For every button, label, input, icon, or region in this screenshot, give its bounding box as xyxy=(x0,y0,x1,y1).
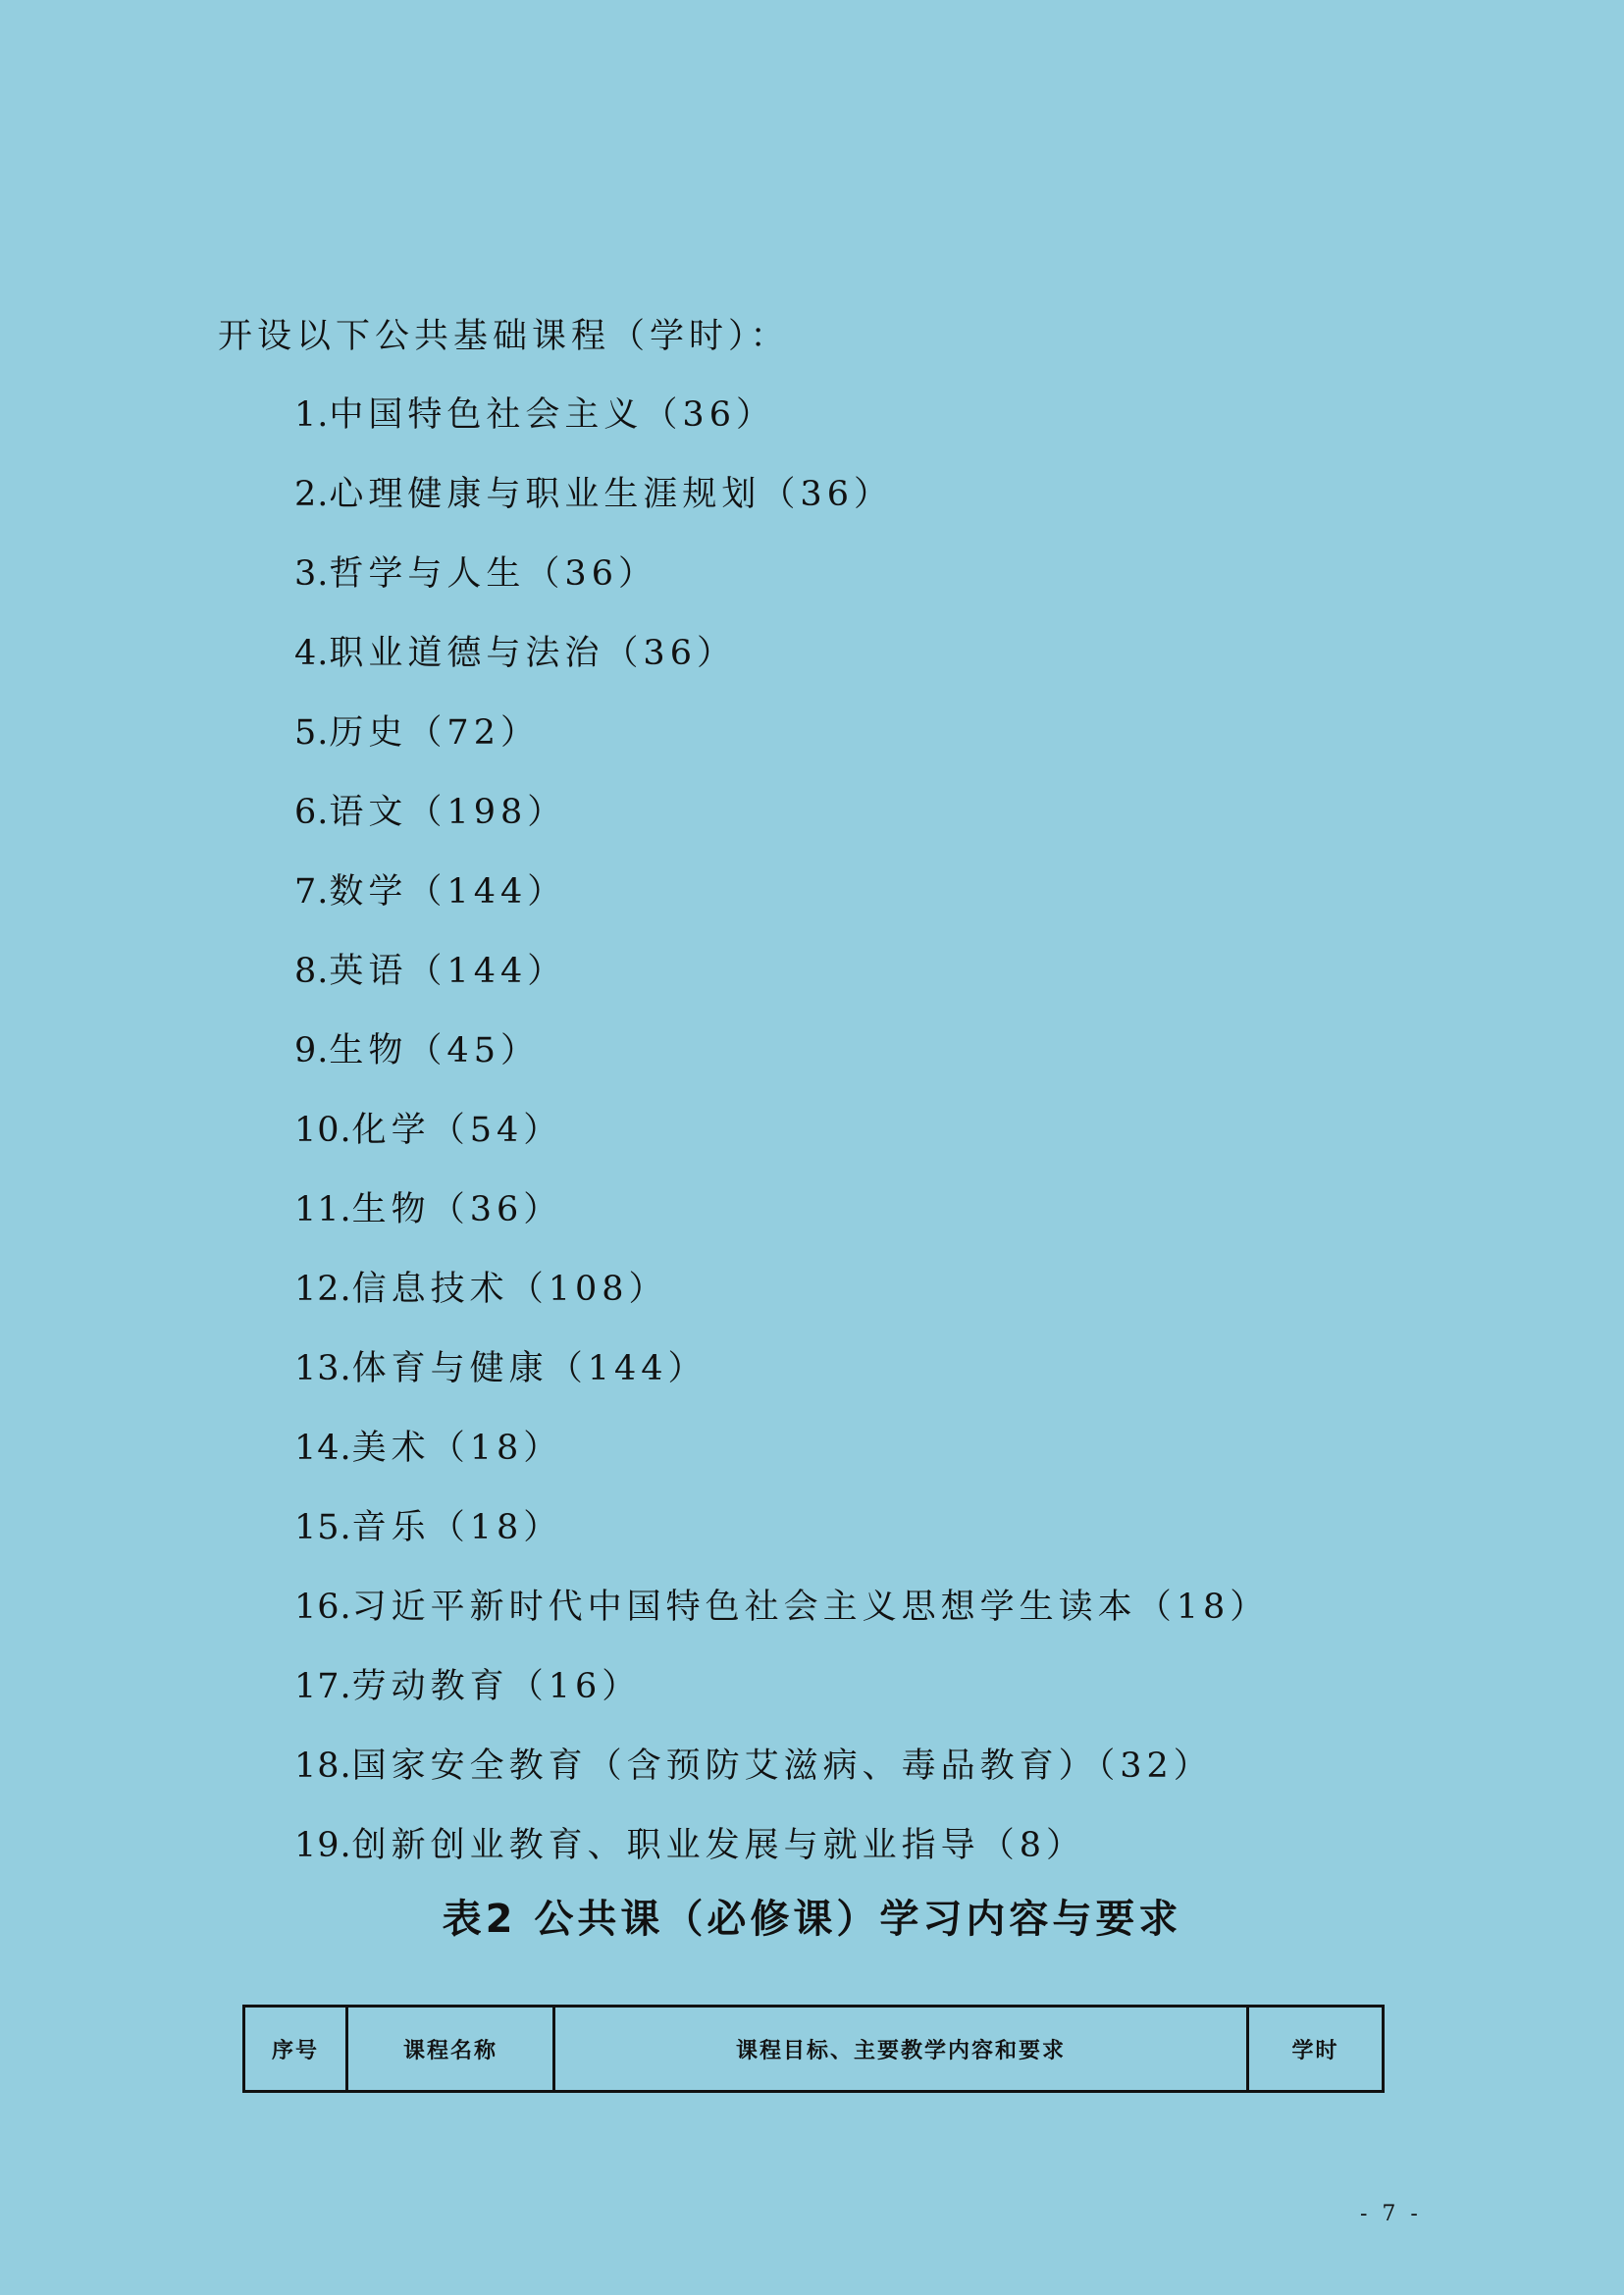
course-number: 13. xyxy=(294,1349,352,1388)
course-item: 3.哲学与人生（36） xyxy=(294,549,1269,629)
course-item: 7.数学（144） xyxy=(294,867,1269,947)
header-course-content: 课程目标、主要教学内容和要求 xyxy=(554,2007,1248,2092)
course-hours: （144） xyxy=(549,1349,707,1388)
course-item: 11.生物（36） xyxy=(294,1185,1269,1265)
course-name: 哲学与人生 xyxy=(329,554,525,594)
course-name: 英语 xyxy=(329,952,407,991)
course-number: 2. xyxy=(294,475,329,514)
course-hours: （198） xyxy=(407,793,566,832)
course-name: 创新创业教育、职业发展与就业指导 xyxy=(352,1826,980,1865)
course-name: 化学 xyxy=(352,1111,431,1150)
course-item: 12.信息技术（108） xyxy=(294,1265,1269,1344)
course-requirements-table: 序号 课程名称 课程目标、主要教学内容和要求 学时 xyxy=(242,2005,1385,2093)
intro-text: 开设以下公共基础课程（学时）： xyxy=(218,312,790,361)
course-item: 5.历史（72） xyxy=(294,708,1269,788)
course-name: 劳动教育 xyxy=(352,1667,509,1706)
course-hours: （54） xyxy=(431,1111,563,1150)
course-item: 18.国家安全教育（含预防艾滋病、毒品教育）（32） xyxy=(294,1742,1269,1821)
table-title-text: 公共课（必修课）学习内容与要求 xyxy=(534,1897,1181,1942)
header-course-name: 课程名称 xyxy=(347,2007,554,2092)
course-item: 13.体育与健康（144） xyxy=(294,1344,1269,1424)
course-number: 17. xyxy=(294,1667,352,1706)
table-title: 表2公共课（必修课）学习内容与要求 xyxy=(0,1892,1624,1947)
course-hours: （45） xyxy=(407,1031,540,1070)
document-page: 开设以下公共基础课程（学时）： 1.中国特色社会主义（36） 2.心理健康与职业… xyxy=(0,0,1624,2295)
course-number: 7. xyxy=(294,872,329,912)
course-name: 美术 xyxy=(352,1429,431,1468)
course-name: 信息技术 xyxy=(352,1270,509,1309)
course-hours: （36） xyxy=(643,395,775,435)
course-hours: （36） xyxy=(603,634,736,673)
course-number: 5. xyxy=(294,713,329,753)
course-item: 17.劳动教育（16） xyxy=(294,1662,1269,1742)
course-item: 1.中国特色社会主义（36） xyxy=(294,391,1269,470)
course-number: 10. xyxy=(294,1111,352,1150)
course-hours: （32） xyxy=(1098,1747,1213,1786)
course-item: 4.职业道德与法治（36） xyxy=(294,629,1269,708)
table-title-label: 表2 xyxy=(443,1897,517,1942)
course-hours: （144） xyxy=(407,872,566,912)
course-name: 音乐 xyxy=(352,1508,431,1547)
course-name: 心理健康与职业生涯规划 xyxy=(329,475,760,514)
course-name: 体育与健康 xyxy=(352,1349,549,1388)
course-item: 10.化学（54） xyxy=(294,1106,1269,1185)
course-hours: （36） xyxy=(525,554,657,594)
course-hours: （144） xyxy=(407,952,566,991)
course-name: 语文 xyxy=(329,793,407,832)
course-number: 14. xyxy=(294,1429,352,1468)
course-item: 16.习近平新时代中国特色社会主义思想学生读本（18） xyxy=(294,1583,1269,1662)
course-item: 15.音乐（18） xyxy=(294,1503,1269,1583)
course-number: 1. xyxy=(294,395,329,435)
course-name: 生物 xyxy=(352,1190,431,1229)
course-hours: （18） xyxy=(431,1429,563,1468)
course-number: 16. xyxy=(294,1588,352,1627)
course-name: 国家安全教育（含预防艾滋病、毒品教育） xyxy=(352,1747,1098,1786)
course-number: 18. xyxy=(294,1747,352,1786)
course-name: 中国特色社会主义 xyxy=(329,395,643,435)
header-hours: 学时 xyxy=(1248,2007,1384,2092)
course-name: 生物 xyxy=(329,1031,407,1070)
course-number: 6. xyxy=(294,793,329,832)
course-number: 8. xyxy=(294,952,329,991)
course-name: 职业道德与法治 xyxy=(329,634,603,673)
course-hours: （36） xyxy=(760,475,893,514)
course-item: 14.美术（18） xyxy=(294,1424,1269,1503)
course-number: 4. xyxy=(294,634,329,673)
course-number: 11. xyxy=(294,1190,352,1229)
course-hours: （8） xyxy=(980,1826,1085,1865)
course-hours: （36） xyxy=(431,1190,563,1229)
course-item: 8.英语（144） xyxy=(294,947,1269,1026)
header-serial-number: 序号 xyxy=(244,2007,347,2092)
course-number: 12. xyxy=(294,1270,352,1309)
course-hours: （18） xyxy=(1137,1588,1270,1627)
course-hours: （16） xyxy=(509,1667,642,1706)
course-number: 9. xyxy=(294,1031,329,1070)
course-number: 19. xyxy=(294,1826,352,1865)
course-hours: （108） xyxy=(509,1270,668,1309)
table-header-row: 序号 课程名称 课程目标、主要教学内容和要求 学时 xyxy=(244,2007,1384,2092)
course-item: 2.心理健康与职业生涯规划（36） xyxy=(294,470,1269,549)
course-name: 习近平新时代中国特色社会主义思想学生读本 xyxy=(352,1588,1137,1627)
course-item: 9.生物（45） xyxy=(294,1026,1269,1106)
course-number: 15. xyxy=(294,1508,352,1547)
course-number: 3. xyxy=(294,554,329,594)
course-name: 历史 xyxy=(329,713,407,753)
course-hours: （72） xyxy=(407,713,540,753)
course-hours: （18） xyxy=(431,1508,563,1547)
course-name: 数学 xyxy=(329,872,407,912)
course-item: 19.创新创业教育、职业发展与就业指导（8） xyxy=(294,1821,1269,1901)
course-item: 6.语文（198） xyxy=(294,788,1269,867)
course-list: 1.中国特色社会主义（36） 2.心理健康与职业生涯规划（36） 3.哲学与人生… xyxy=(294,391,1269,1901)
page-number: - 7 - xyxy=(1360,2200,1422,2229)
